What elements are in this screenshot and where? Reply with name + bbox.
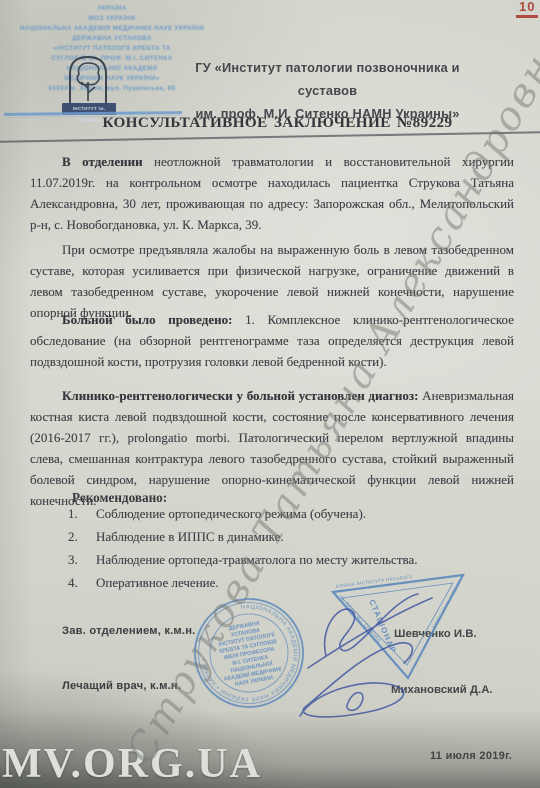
signature-scribble-mikhanovskiy <box>300 643 412 717</box>
document-date: 11 июля 2019г. <box>430 750 512 762</box>
site-watermark: MV.ORG.UA <box>2 740 262 788</box>
list-item: Соблюдение ортопедического режима (обуче… <box>66 506 500 529</box>
ink-signatures <box>278 568 463 743</box>
signature-role-doctor: Лечащий врач, к.м.н. <box>62 680 181 692</box>
paragraph-admission: В отделении неотложной травматологии и в… <box>30 151 514 235</box>
stamp-text-line: НАЦІОНАЛЬНА АКАДЕМІЯ МЕДИЧНИХ НАУК УКРАЇ… <box>6 24 218 34</box>
recommendations-heading: Рекомендовано: <box>72 490 167 506</box>
stamp-text-line: УКРАЇНА <box>6 4 218 14</box>
header-stamp: УКРАЇНА МОЗ УКРАЇНИ НАЦІОНАЛЬНА АКАДЕМІЯ… <box>6 4 218 116</box>
institute-logo-icon <box>64 54 112 106</box>
list-item: Наблюдение в ИППС в динамике. <box>66 529 500 552</box>
signature-scribble-shevchenko <box>325 594 418 656</box>
stamp-text-line: НАЦІОНАЛЬНОЇ АКАДЕМІЇ <box>6 64 218 74</box>
paragraph-lead: Больной было проведено: <box>62 312 232 327</box>
paragraph-lead: В отделении <box>62 154 143 169</box>
signature-scribble-mikhanovskiy <box>347 693 363 711</box>
paragraph-examination: Больной было проведено: 1. Комплексное к… <box>30 309 514 372</box>
signature-role-head: Зав. отделением, к.м.н. <box>62 625 195 637</box>
stamp-text-line: МОЗ УКРАЇНИ <box>6 14 218 24</box>
title-underline <box>0 131 540 142</box>
stamp-text-line: 61024 м. Харків, вул. Пушкінська, 80 <box>6 84 218 94</box>
paragraph-lead: Клинико-рентгенологически у больной уста… <box>62 388 418 403</box>
stamp-text-line: МЕДИЧНИХ НАУК УКРАЇНИ» <box>6 74 218 84</box>
stamp-text-line: «ІНСТИТУТ ПАТОЛОГІЇ ХРЕБТА ТА <box>6 44 218 54</box>
corner-page-number: 10 <box>516 0 538 18</box>
stamp-text-line: ДЕРЖАВНА УСТАНОВА <box>6 34 218 44</box>
stamp-text-line: СУГЛОБІВ ІМ. ПРОФ. М.І. СИТЕНКА <box>6 54 218 64</box>
document-photo: 10 УКРАЇНА МОЗ УКРАЇНИ НАЦІОНАЛЬНА АКАДЕ… <box>0 0 540 788</box>
